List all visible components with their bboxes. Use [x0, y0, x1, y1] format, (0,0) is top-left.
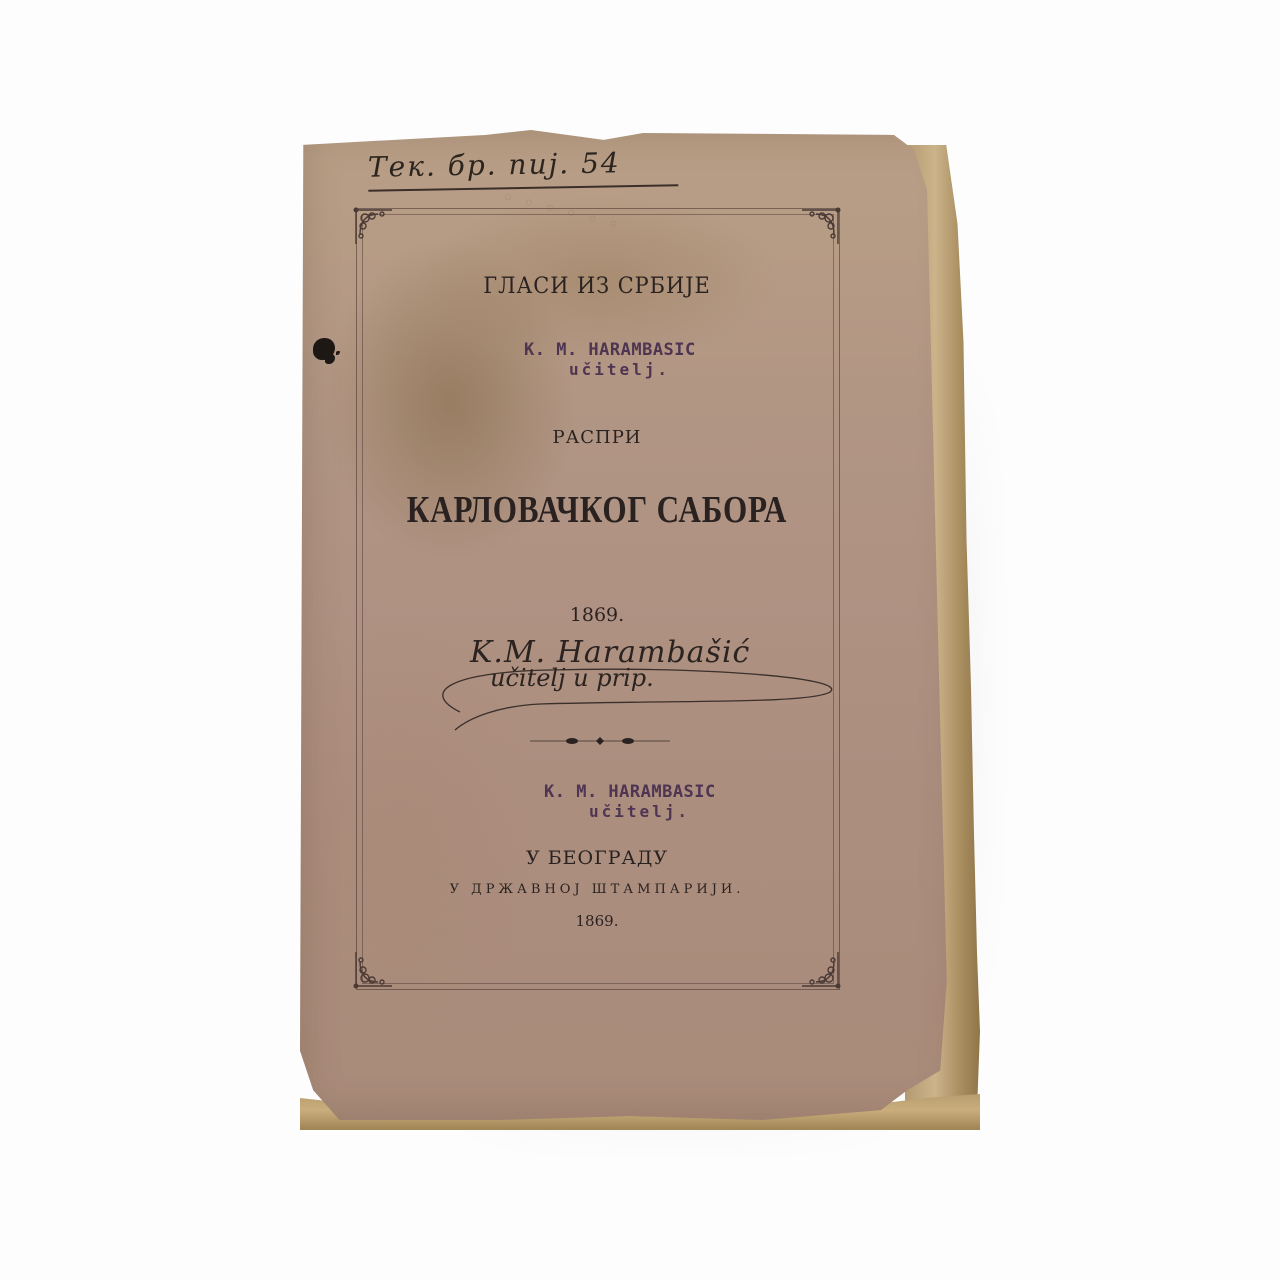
- stamp-name: K. M. HARAMBASIC: [524, 340, 696, 360]
- stamp-role: učitelj.: [524, 360, 696, 379]
- corner-ornament-top-right-icon: [798, 204, 842, 248]
- owner-stamp-top: K. M. HARAMBASIC učitelj.: [524, 340, 696, 379]
- series-title: ГЛАСИ ИЗ СРБИЈЕ: [374, 274, 821, 299]
- publication-year: 1869.: [362, 604, 832, 626]
- corner-ornament-bottom-left-icon: [352, 948, 396, 992]
- imprint-year: 1869.: [362, 912, 832, 930]
- main-title: КАРЛОВАЧКОГ САБОРА: [404, 488, 789, 532]
- stamp-role: učitelj.: [544, 802, 716, 821]
- corner-ornament-bottom-right-icon: [798, 948, 842, 992]
- owner-stamp-bottom: K. M. HARAMBASIC učitelj.: [544, 782, 716, 821]
- divider-ornament-icon: [530, 735, 670, 747]
- imprint-press: У ДРЖАВНОЈ ШТАМПАРИЈИ.: [362, 882, 832, 897]
- signature-line-2: učitelj u prip.: [470, 664, 830, 692]
- stamp-name: K. M. HARAMBASIC: [544, 782, 716, 802]
- imprint-city: У БЕОГРАДУ: [362, 847, 832, 869]
- handwritten-catalog-note: Тек. бр. пиј. 54: [368, 145, 679, 191]
- corner-ornament-top-left-icon: [352, 204, 396, 248]
- subtitle: РАСПРИ: [362, 427, 832, 448]
- handwritten-signature: K.M. Harambašić učitelj u prip.: [470, 635, 830, 692]
